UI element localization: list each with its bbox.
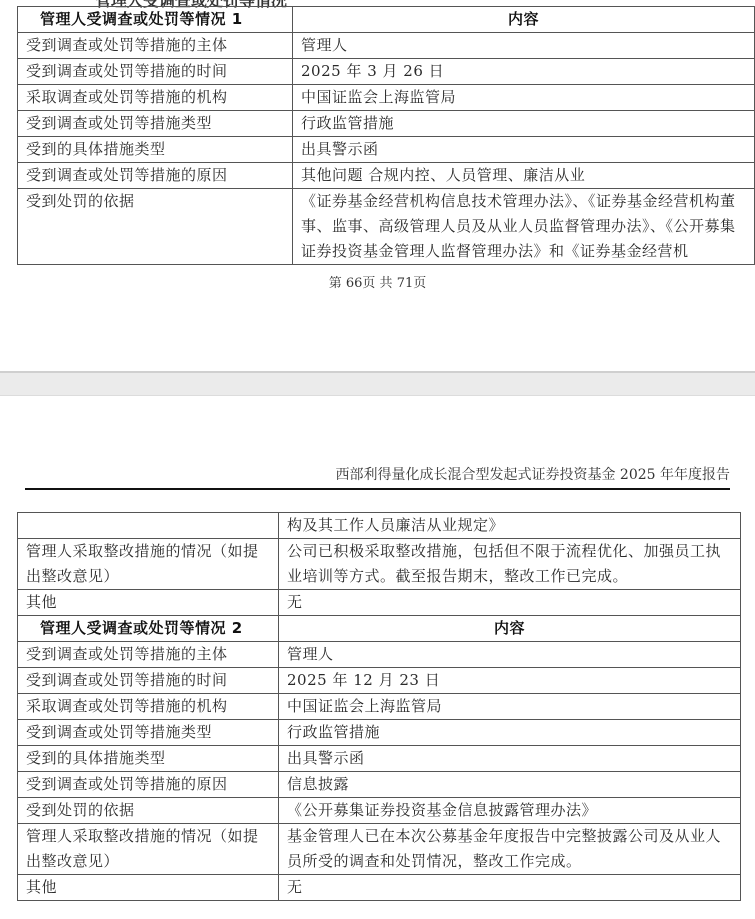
running-header: 西部利得量化成长混合型发起式证券投资基金 2025 年年度报告 [335,464,730,484]
table-row: 采取调查或处罚等措施的机构 中国证监会上海监管局 [18,85,755,111]
row-label: 采取调查或处罚等措施的机构 [18,694,279,720]
row-label: 受到调查或处罚等措施的时间 [18,59,293,85]
table-row: 受到调查或处罚等措施类型 行政监管措施 [18,720,741,746]
row-label: 受到调查或处罚等措施的时间 [18,668,279,694]
row-label: 受到调查或处罚等措施的原因 [18,772,279,798]
row-value: 无 [279,875,741,901]
table-header-row: 管理人受调查或处罚等情况 1 内容 [18,7,755,33]
header-cell-content: 内容 [279,616,741,642]
row-value: 其他问题 合规内控、人员管理、廉洁从业 [293,163,755,189]
table-row: 其他 无 [18,590,741,616]
penalty-table-1: 管理人受调查或处罚等情况 1 内容 受到调查或处罚等措施的主体 管理人 受到调查… [17,6,755,265]
row-label: 受到调查或处罚等措施的主体 [18,33,293,59]
page-footer: 第 66页 共 71页 [0,272,755,291]
document-page-66: 管理人受调查或处罚等情况 管理人受调查或处罚等情况 1 内容 受到调查或处罚等措… [0,0,755,371]
table-row: 采取调查或处罚等措施的机构 中国证监会上海监管局 [18,694,741,720]
table-row: 受到调查或处罚等措施类型 行政监管措施 [18,111,755,137]
row-label: 其他 [18,590,279,616]
table-row: 受到的具体措施类型 出具警示函 [18,746,741,772]
row-value: 2025 年 3 月 26 日 [293,59,755,85]
row-value: 中国证监会上海监管局 [293,85,755,111]
table-row: 受到调查或处罚等措施的主体 管理人 [18,33,755,59]
table-row: 构及其工作人员廉洁从业规定》 [18,513,741,539]
row-label: 受到调查或处罚等措施的主体 [18,642,279,668]
row-value: 构及其工作人员廉洁从业规定》 [279,513,741,539]
table-header-row: 管理人受调查或处罚等情况 2 内容 [18,616,741,642]
row-label: 其他 [18,875,279,901]
row-value: 管理人 [293,33,755,59]
row-value: 信息披露 [279,772,741,798]
row-value: 《公开募集证券投资基金信息披露管理办法》 [279,798,741,824]
table-row: 受到调查或处罚等措施的主体 管理人 [18,642,741,668]
row-value: 管理人 [279,642,741,668]
row-label: 受到的具体措施类型 [18,137,293,163]
row-label: 受到处罚的依据 [18,189,293,265]
row-label: 管理人采取整改措施的情况（如提出整改意见） [18,539,279,590]
header-rule [25,488,730,490]
row-value: 无 [279,590,741,616]
row-label: 采取调查或处罚等措施的机构 [18,85,293,111]
row-label: 管理人采取整改措施的情况（如提出整改意见） [18,824,279,875]
row-label: 受到处罚的依据 [18,798,279,824]
penalty-table-continued: 构及其工作人员廉洁从业规定》 管理人采取整改措施的情况（如提出整改意见） 公司已… [17,512,741,901]
table-row: 受到调查或处罚等措施的时间 2025 年 3 月 26 日 [18,59,755,85]
table-row: 受到调查或处罚等措施的原因 其他问题 合规内控、人员管理、廉洁从业 [18,163,755,189]
row-label: 受到调查或处罚等措施的原因 [18,163,293,189]
document-page-67: 西部利得量化成长混合型发起式证券投资基金 2025 年年度报告 构及其工作人员廉… [0,396,755,919]
table-row: 受到的具体措施类型 出具警示函 [18,137,755,163]
row-value: 《证券基金经营机构信息技术管理办法》、《证券基金经营机构董事、监事、高级管理人员… [293,189,755,265]
row-label: 受到调查或处罚等措施类型 [18,720,279,746]
row-value: 出具警示函 [279,746,741,772]
table-row: 管理人采取整改措施的情况（如提出整改意见） 基金管理人已在本次公募基金年度报告中… [18,824,741,875]
table-row: 受到调查或处罚等措施的时间 2025 年 12 月 23 日 [18,668,741,694]
row-value: 出具警示函 [293,137,755,163]
table-row: 受到调查或处罚等措施的原因 信息披露 [18,772,741,798]
table-row: 受到处罚的依据 《证券基金经营机构信息技术管理办法》、《证券基金经营机构董事、监… [18,189,755,265]
header-cell-content: 内容 [293,7,755,33]
header-cell-case: 管理人受调查或处罚等情况 2 [18,616,279,642]
row-value: 2025 年 12 月 23 日 [279,668,741,694]
table-row: 受到处罚的依据 《公开募集证券投资基金信息披露管理办法》 [18,798,741,824]
header-cell-case: 管理人受调查或处罚等情况 1 [18,7,293,33]
row-value: 公司已积极采取整改措施，包括但不限于流程优化、加强员工执业培训等方式。截至报告期… [279,539,741,590]
table-row: 其他 无 [18,875,741,901]
row-label: 受到调查或处罚等措施类型 [18,111,293,137]
row-label [18,513,279,539]
row-value: 中国证监会上海监管局 [279,694,741,720]
row-value: 行政监管措施 [279,720,741,746]
row-label: 受到的具体措施类型 [18,746,279,772]
row-value: 行政监管措施 [293,111,755,137]
table-row: 管理人采取整改措施的情况（如提出整改意见） 公司已积极采取整改措施，包括但不限于… [18,539,741,590]
row-value: 基金管理人已在本次公募基金年度报告中完整披露公司及从业人员所受的调查和处罚情况，… [279,824,741,875]
page-separator [0,371,755,396]
